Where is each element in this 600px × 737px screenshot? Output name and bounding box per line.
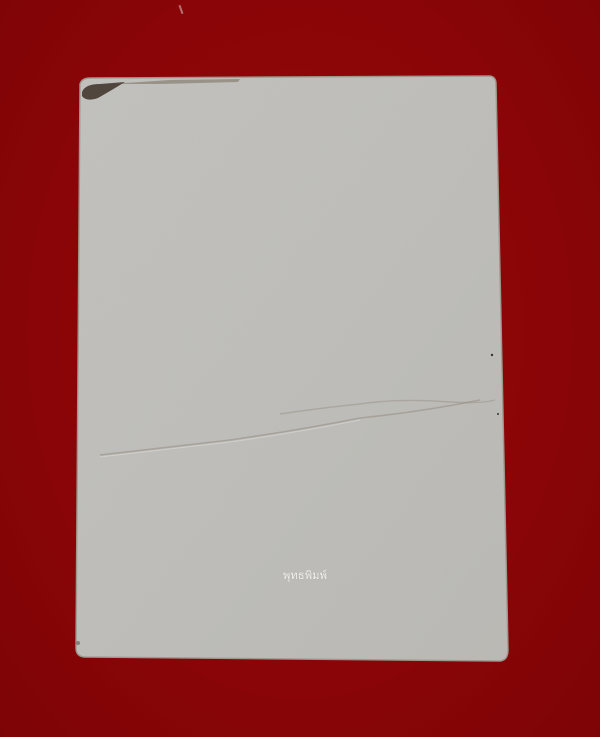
card-shape <box>0 0 600 737</box>
watermark-text: พุทธพิมพ์ <box>283 566 327 584</box>
paper-card: พุทธพิมพ์ <box>0 0 600 737</box>
